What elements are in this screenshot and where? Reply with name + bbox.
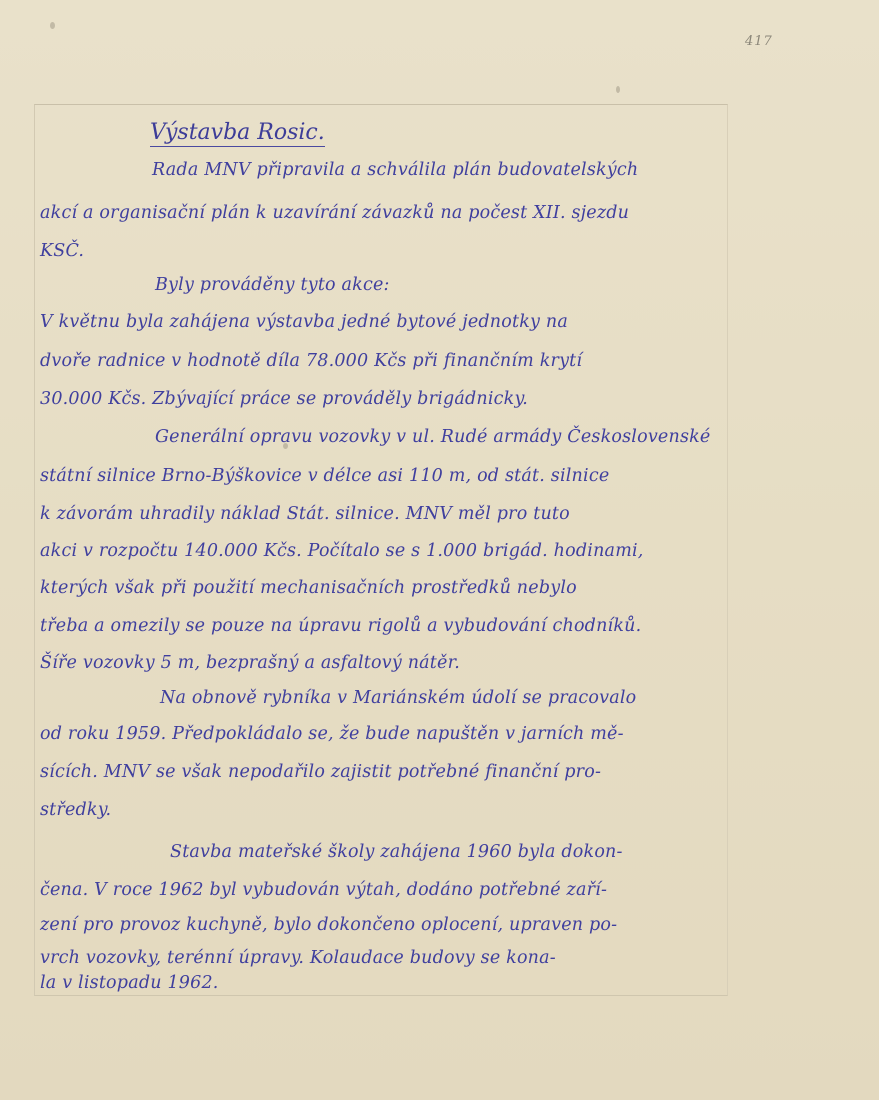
text-line: zení pro provoz kuchyně, bylo dokončeno … [40, 915, 617, 935]
text-line: Na obnově rybníka v Mariánském údolí se … [160, 688, 636, 708]
text-line: Rada MNV připravila a schválila plán bud… [152, 160, 638, 180]
text-line: třeba a omezily se pouze na úpravu rigol… [40, 616, 641, 636]
paper-stain [50, 22, 55, 29]
text-line: V květnu byla zahájena výstavba jedné by… [40, 312, 568, 332]
text-line: akcí a organisační plán k uzavírání záva… [40, 203, 629, 223]
document-page: 417 Výstavba Rosic. Rada MNV připravila … [0, 0, 879, 1100]
text-line: Byly prováděny tyto akce: [155, 275, 390, 295]
text-line: Stavba mateřské školy zahájena 1960 byla… [170, 842, 623, 862]
page-number: 417 [745, 34, 773, 49]
section-title: Výstavba Rosic. [150, 120, 325, 147]
text-line: k závorám uhradily náklad Stát. silnice.… [40, 504, 570, 524]
paper-stain [616, 86, 620, 93]
text-line: sících. MNV se však nepodařilo zajistit … [40, 762, 601, 782]
text-line: od roku 1959. Předpokládalo se, že bude … [40, 724, 624, 744]
text-line: Šíře vozovky 5 m, bezprašný a asfaltový … [40, 653, 460, 673]
text-line: vrch vozovky, terénní úpravy. Kolaudace … [40, 948, 556, 968]
text-line: 30.000 Kčs. Zbývající práce se prováděly… [40, 389, 528, 409]
text-line: dvoře radnice v hodnotě díla 78.000 Kčs … [40, 351, 582, 371]
text-line: akci v rozpočtu 140.000 Kčs. Počítalo se… [40, 541, 644, 561]
text-line: KSČ. [40, 241, 84, 261]
text-line: kterých však při použití mechanisačních … [40, 578, 577, 598]
text-line: státní silnice Brno-Býškovice v délce as… [40, 466, 609, 486]
text-line: la v listopadu 1962. [40, 973, 219, 993]
text-line: čena. V roce 1962 byl vybudován výtah, d… [40, 880, 607, 900]
text-line: Generální opravu vozovky v ul. Rudé armá… [155, 427, 711, 447]
text-line: středky. [40, 800, 111, 820]
